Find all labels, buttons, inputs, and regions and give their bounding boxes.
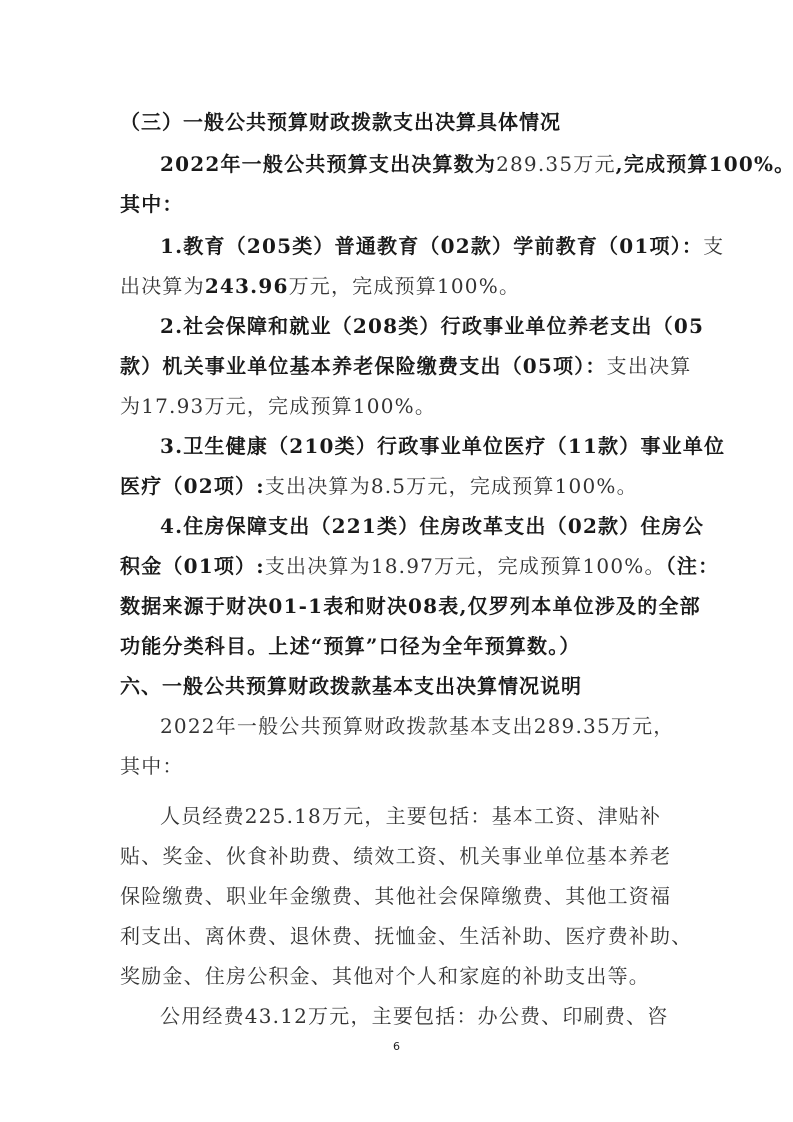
public-expense-line1: 公用经费43.12万元，主要包括：办公费、印刷费、咨 bbox=[160, 1002, 720, 1030]
item-3-line1: 3.卫生健康（210类）行政事业单位医疗（11款）事业单位 bbox=[160, 432, 720, 460]
intro-amount: 289.35万元 bbox=[496, 152, 616, 176]
intro-paragraph-line2: 其中： bbox=[120, 190, 680, 218]
section6-para1-line1: 2022年一般公共预算财政拨款基本支出289.35万元， bbox=[160, 712, 720, 740]
item-1-line2: 出决算为243.96万元，完成预算100%。 bbox=[120, 272, 680, 300]
item-2-line3: 为17.93万元，完成预算100%。 bbox=[120, 392, 680, 420]
section-heading-6: 六、一般公共预算财政拨款基本支出决算情况说明 bbox=[120, 672, 680, 700]
intro-paragraph-line1: 2022年一般公共预算支出决算数为289.35万元,完成预算100%。 bbox=[160, 150, 720, 178]
item-3-title: 医疗（02项）: bbox=[120, 474, 265, 498]
personnel-line1: 人员经费225.18万元，主要包括：基本工资、津贴补 bbox=[160, 802, 720, 830]
item-1-text: 支 bbox=[703, 234, 724, 258]
item-2-title: 款）机关事业单位基本养老保险缴费支出（05项）： bbox=[120, 354, 607, 378]
item-2-line1: 2.社会保障和就业（208类）行政事业单位养老支出（05 bbox=[160, 312, 720, 340]
item-4-title: 积金（01项）: bbox=[120, 554, 265, 578]
personnel-line2: 贴、奖金、伙食补助费、绩效工资、机关事业单位基本养老 bbox=[120, 842, 680, 870]
section6-para1-line2: 其中： bbox=[120, 752, 680, 780]
item-1-line1: 1.教育（205类）普通教育（02款）学前教育（01项）：支 bbox=[160, 232, 720, 260]
personnel-line3: 保险缴费、职业年金缴费、其他社会保障缴费、其他工资福 bbox=[120, 882, 680, 910]
item-4-line2: 积金（01项）:支出决算为18.97万元，完成预算100%。（注： bbox=[120, 552, 680, 580]
item-1-text: 出决算为 bbox=[120, 274, 205, 298]
item-4-text: 支出决算为18.97万元，完成预算100%。 bbox=[265, 554, 666, 578]
item-1-title: 1.教育（205类）普通教育（02款）学前教育（01项）： bbox=[160, 234, 703, 258]
note-start: （注： bbox=[666, 554, 720, 578]
page-number: 6 bbox=[0, 1040, 793, 1053]
item-3-text: 支出决算为8.5万元，完成预算100%。 bbox=[265, 474, 638, 498]
item-3-line2: 医疗（02项）:支出决算为8.5万元，完成预算100%。 bbox=[120, 472, 680, 500]
intro-text-end: ,完成预算100%。 bbox=[616, 152, 793, 176]
item-2-text: 支出决算 bbox=[607, 354, 692, 378]
personnel-line4: 利支出、离休费、退休费、抚恤金、生活补助、医疗费补助、 bbox=[120, 922, 680, 950]
note-line1: 数据来源于财决01-1表和财决08表,仅罗列本单位涉及的全部 bbox=[120, 592, 680, 620]
item-2-line2: 款）机关事业单位基本养老保险缴费支出（05项）：支出决算 bbox=[120, 352, 680, 380]
item-4-line1: 4.住房保障支出（221类）住房改革支出（02款）住房公 bbox=[160, 512, 720, 540]
personnel-line5: 奖励金、住房公积金、其他对个人和家庭的补助支出等。 bbox=[120, 962, 680, 990]
item-1-amount: 243.96 bbox=[205, 274, 289, 298]
document-page: （三）一般公共预算财政拨款支出决算具体情况 2022年一般公共预算支出决算数为2… bbox=[0, 0, 793, 1122]
section-heading-3: （三）一般公共预算财政拨款支出决算具体情况 bbox=[120, 108, 680, 136]
intro-text: 2022年一般公共预算支出决算数为 bbox=[160, 152, 496, 176]
note-line2: 功能分类科目。上述“预算”口径为全年预算数。） bbox=[120, 632, 680, 660]
item-1-text: 万元，完成预算100%。 bbox=[289, 274, 521, 298]
